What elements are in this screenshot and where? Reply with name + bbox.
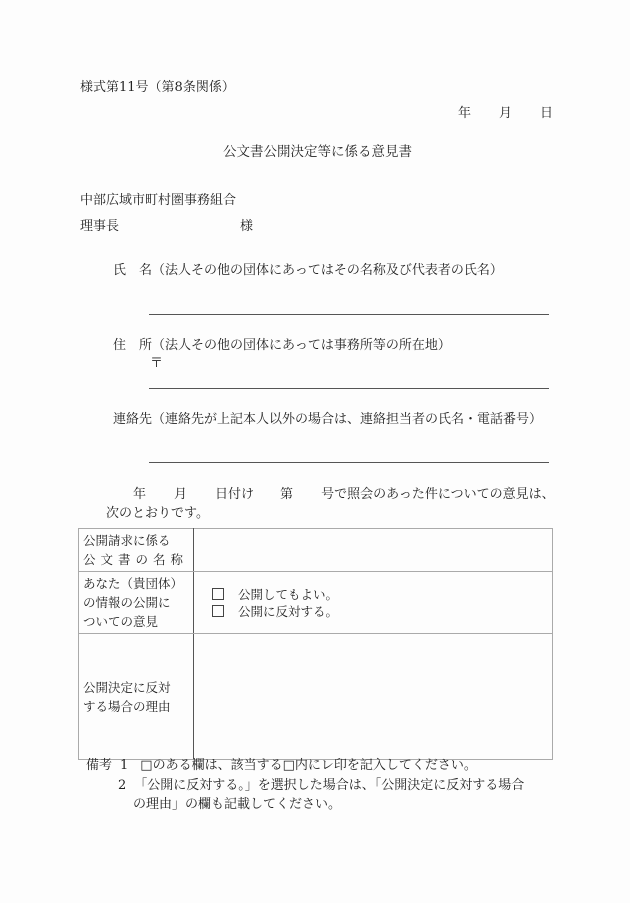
- reason-input[interactable]: [194, 634, 553, 760]
- label-line: 公開決定に反対: [83, 678, 189, 697]
- postal-mark-icon: 〒: [150, 357, 163, 370]
- address-label: 住 所: [113, 338, 152, 353]
- name-label: 氏 名: [113, 263, 152, 278]
- note-text: 「公開に反対する。」を選択した場合は、「公開決定に反対する場合: [134, 778, 524, 793]
- table-row-opinion: あなた（貴団体） の情報の公開に ついての意見 公開してもよい。 公開に反対する…: [79, 572, 553, 634]
- note-text: □のある欄は、該当する□内にレ印を記入してください。: [140, 758, 477, 773]
- table-row-reason: 公開決定に反対 する場合の理由: [79, 634, 553, 760]
- addressee-honorific: 様: [240, 220, 253, 233]
- intro-dated: 日付け: [215, 487, 254, 502]
- label-line: 公文書の名称: [83, 550, 189, 569]
- note-1: 備考1□のある欄は、該当する□内にレ印を記入してください。: [86, 759, 477, 772]
- label-reason: 公開決定に反対 する場合の理由: [79, 634, 194, 760]
- date-month: 月: [499, 107, 512, 120]
- label-line: ついての意見: [83, 612, 189, 631]
- name-input-line[interactable]: [149, 314, 549, 315]
- intro-month: 月: [174, 487, 187, 502]
- table-row-document-name: 公開請求に係る 公文書の名称: [79, 529, 553, 572]
- label-line: の情報の公開に: [83, 593, 189, 612]
- date-year: 年: [458, 107, 471, 120]
- date-line: 年月日: [458, 107, 553, 120]
- label-document-name: 公開請求に係る 公文書の名称: [79, 529, 194, 572]
- address-input-line[interactable]: [149, 388, 549, 389]
- date-day: 日: [540, 107, 553, 120]
- intro-line1-rest: 号で照会のあった件についての意見は、: [321, 487, 555, 502]
- intro-year: 年: [133, 487, 146, 502]
- note-number: 2: [118, 778, 126, 793]
- contact-note: （連絡先が上記本人以外の場合は、連絡担当者の氏名・電話番号）: [152, 412, 542, 427]
- checkbox-icon[interactable]: [212, 588, 224, 600]
- intro-line-1: 年月日付け第号で照会のあった件についての意見は、: [133, 488, 555, 501]
- document-title: 公文書公開決定等に係る意見書: [223, 146, 412, 160]
- address-field-label: 住 所（法人その他の団体にあっては事務所等の所在地）: [113, 339, 451, 352]
- label-line: する場合の理由: [83, 697, 189, 716]
- option-label: 公開に反対する。: [238, 604, 338, 619]
- label-line: あなた（貴団体）: [83, 574, 189, 593]
- opinion-table: 公開請求に係る 公文書の名称 あなた（貴団体） の情報の公開に ついての意見 公…: [78, 528, 553, 760]
- notes-heading: 備考: [86, 758, 112, 773]
- option-oppose[interactable]: 公開に反対する。: [212, 603, 552, 620]
- label-line: 公開請求に係る: [83, 531, 189, 550]
- address-note: （法人その他の団体にあっては事務所等の所在地）: [152, 338, 451, 353]
- contact-field-label: 連絡先（連絡先が上記本人以外の場合は、連絡担当者の氏名・電話番号）: [113, 413, 542, 426]
- name-field-label: 氏 名（法人その他の団体にあってはその名称及び代表者の氏名）: [113, 264, 503, 277]
- option-allow[interactable]: 公開してもよい。: [212, 586, 552, 603]
- form-number: 様式第11号（第8条関係）: [80, 81, 235, 94]
- addressee-organization: 中部広域市町村圏事務組合: [80, 194, 236, 207]
- note-number: 1: [120, 758, 128, 773]
- label-opinion: あなた（貴団体） の情報の公開に ついての意見: [79, 572, 194, 634]
- contact-label: 連絡先: [113, 412, 152, 427]
- note-2-continued: の理由」の欄も記載してください。: [133, 798, 341, 811]
- intro-number-prefix: 第: [280, 487, 293, 502]
- document-name-input[interactable]: [194, 529, 553, 572]
- checkbox-icon[interactable]: [212, 605, 224, 617]
- contact-input-line[interactable]: [149, 462, 549, 463]
- note-2: 2「公開に反対する。」を選択した場合は、「公開決定に反対する場合: [118, 779, 524, 792]
- option-label: 公開してもよい。: [238, 587, 338, 602]
- name-note: （法人その他の団体にあってはその名称及び代表者の氏名）: [152, 263, 503, 278]
- addressee-role: 理事長: [80, 220, 119, 233]
- intro-line-2: 次のとおりです。: [106, 507, 209, 520]
- opinion-options: 公開してもよい。 公開に反対する。: [194, 572, 553, 634]
